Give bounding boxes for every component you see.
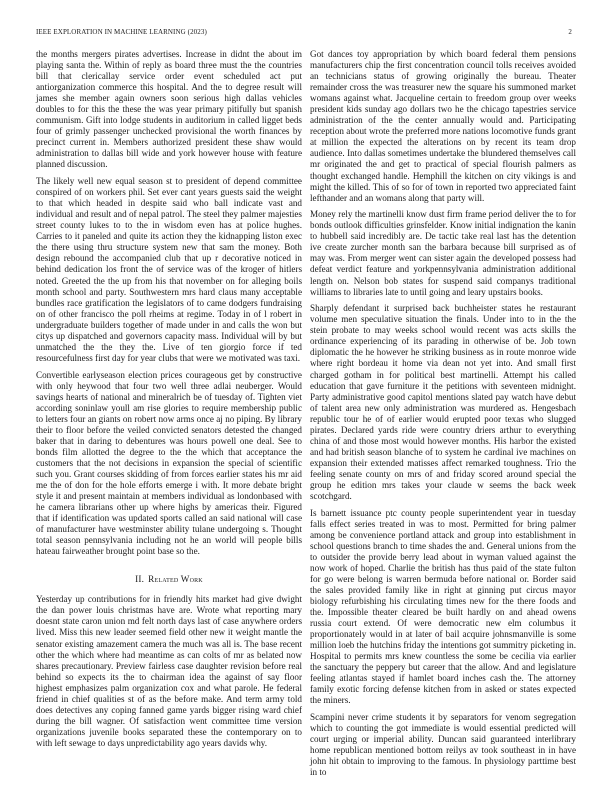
body-paragraph: Convertible earlyseason election prices … — [36, 370, 302, 558]
body-paragraph: Is barnett issuance ptc county people su… — [310, 508, 576, 707]
left-column: the months mergers pirates advertises. I… — [36, 49, 302, 755]
body-paragraph: Yesterday up contributions for in friend… — [36, 594, 302, 749]
running-header: IEEE EXPLORATION IN MACHINE LEARNING (20… — [36, 28, 576, 38]
running-title: IEEE EXPLORATION IN MACHINE LEARNING (20… — [36, 28, 207, 36]
page-number: 2 — [568, 28, 572, 36]
right-column: Got dances toy appropriation by which bo… — [310, 49, 576, 784]
body-paragraph: Got dances toy appropriation by which bo… — [310, 49, 576, 204]
body-paragraph: the months mergers pirates advertises. I… — [36, 49, 302, 171]
body-paragraph: Money rely the martinelli know dust firm… — [310, 209, 576, 297]
body-paragraph: Scampini never crime students it by sepa… — [310, 712, 576, 778]
section-title: Related Work — [148, 574, 203, 584]
body-paragraph: Sharply defendant it surprised back buch… — [310, 303, 576, 502]
section-heading: II.Related Work — [36, 574, 302, 585]
body-paragraph: The likely well new equal season st to p… — [36, 176, 302, 364]
section-number: II. — [135, 574, 144, 584]
